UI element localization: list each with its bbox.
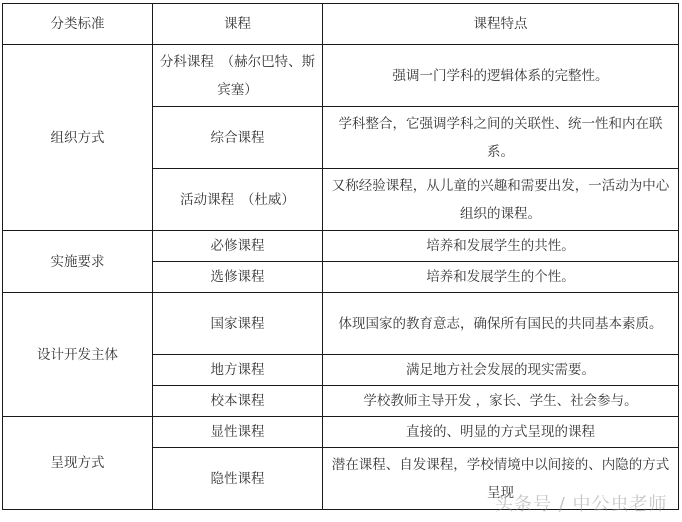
category-cell: 组织方式 <box>3 45 153 231</box>
course-cell: 活动课程 （杜威） <box>153 169 323 231</box>
course-cell: 必修课程 <box>153 231 323 262</box>
table-row: 实施要求 必修课程 培养和发展学生的共性。 <box>3 231 679 262</box>
header-category: 分类标准 <box>3 4 153 45</box>
feature-cell: 培养和发展学生的共性。 <box>323 231 679 262</box>
course-cell: 综合课程 <box>153 107 323 169</box>
feature-cell: 培养和发展学生的个性。 <box>323 262 679 293</box>
feature-cell: 又称经验课程，从儿童的兴趣和需要出发，一活动为中心组织的课程。 <box>323 169 679 231</box>
course-cell: 校本课程 <box>153 386 323 417</box>
course-cell: 分科课程 （赫尔巴特、斯宾塞） <box>153 45 323 107</box>
table-row: 组织方式 分科课程 （赫尔巴特、斯宾塞） 强调一门学科的逻辑体系的完整性。 <box>3 45 679 107</box>
category-cell: 设计开发主体 <box>3 293 153 417</box>
table-row: 设计开发主体 国家课程 体现国家的教育意志，确保所有国民的共同基本素质。 <box>3 293 679 355</box>
feature-cell: 学科整合，它强调学科之间的关联性、统一性和内在联系。 <box>323 107 679 169</box>
course-cell: 地方课程 <box>153 355 323 386</box>
feature-cell: 满足地方社会发展的现实需要。 <box>323 355 679 386</box>
feature-cell: 体现国家的教育意志，确保所有国民的共同基本素质。 <box>323 293 679 355</box>
course-cell: 隐性课程 <box>153 448 323 510</box>
category-cell: 实施要求 <box>3 231 153 293</box>
feature-cell: 潜在课程、自发课程，学校情境中以间接的、内隐的方式呈现 <box>323 448 679 510</box>
curriculum-classification-table: 分类标准 课程 课程特点 组织方式 分科课程 （赫尔巴特、斯宾塞） 强调一门学科… <box>2 3 679 510</box>
table-row: 呈现方式 显性课程 直接的、明显的方式呈现的课程 <box>3 417 679 448</box>
feature-cell: 强调一门学科的逻辑体系的完整性。 <box>323 45 679 107</box>
header-course: 课程 <box>153 4 323 45</box>
course-cell: 选修课程 <box>153 262 323 293</box>
category-cell: 呈现方式 <box>3 417 153 510</box>
course-cell: 国家课程 <box>153 293 323 355</box>
course-cell: 显性课程 <box>153 417 323 448</box>
header-row: 分类标准 课程 课程特点 <box>3 4 679 45</box>
feature-cell: 直接的、明显的方式呈现的课程 <box>323 417 679 448</box>
feature-cell: 学校教师主导开发 ，家长、学生、社会参与。 <box>323 386 679 417</box>
header-feature: 课程特点 <box>323 4 679 45</box>
